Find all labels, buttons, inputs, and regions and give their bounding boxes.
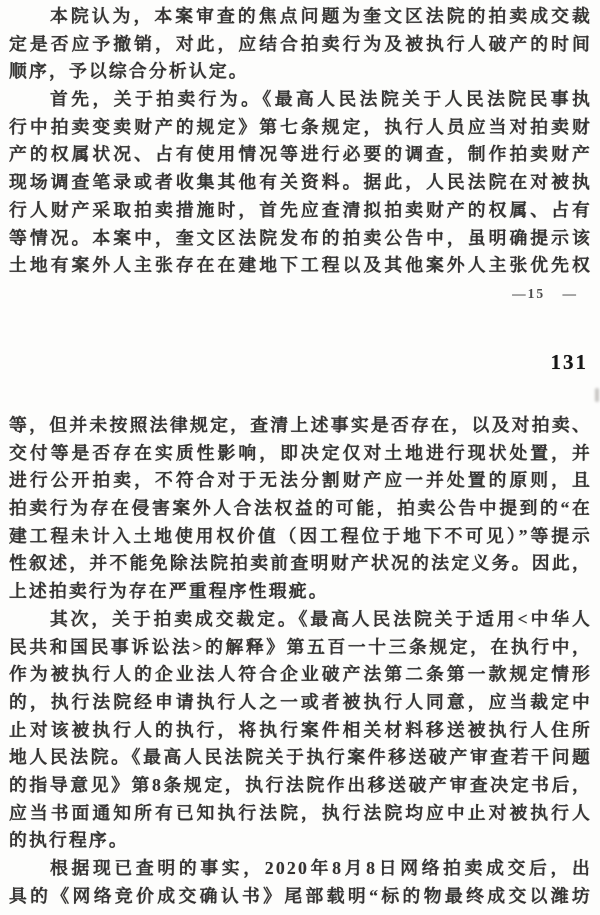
page-number: —15 — (512, 286, 578, 302)
text-line: 根据现已查明的事实，2020年8月8日网络拍卖成交后，出 (9, 855, 592, 883)
text-line: 进行公开拍卖，不符合对于无法分割财产应一并处置的原则，且 (9, 467, 592, 495)
text-line: 土地有案外人主张存在在建地下工程以及其他案外人主张优先权 (9, 252, 592, 280)
text-line: 首先，关于拍卖行为。《最高人民法院关于人民法院民事执 (9, 86, 592, 114)
text-line: 地人民法院。《最高人民法院关于执行案件移送破产审查若干问题 (9, 744, 592, 772)
text-line: 顺序，予以综合分析认定。 (9, 58, 592, 86)
text-line: 行人财产采取拍卖措施时，首先应查清拟拍卖财产的权属、占有 (9, 197, 592, 225)
text-line: 拍卖行为存在侵害案外人合法权益的可能，拍卖公告中提到的“在 (9, 495, 592, 523)
text-line: 等，但并未按照法律规定，查清上述事实是否存在，以及对拍卖、 (9, 412, 592, 440)
text-line: 止对该被执行人的执行，将执行案件相关材料移送被执行人住所 (9, 717, 592, 745)
page-bottom-text-block: 等，但并未按照法律规定，查清上述事实是否存在，以及对拍卖、 交付等是否存在实质性… (9, 412, 592, 910)
book-page-number: 131 (551, 350, 589, 375)
text-line: 产的权属状况、占有使用情况等进行必要的调查，制作拍卖财产 (9, 141, 592, 169)
text-line: 作为被执行人的企业法人符合企业破产法第二条第一款规定情形 (9, 661, 592, 689)
text-line: 现场调查笔录或者收集其他有关资料。据此，人民法院在对被执 (9, 169, 592, 197)
text-line: 上述拍卖行为存在严重程序性瑕疵。 (9, 578, 592, 606)
text-line: 的执行程序。 (9, 827, 592, 855)
text-line: 建工程未计入土地使用权价值（因工程位于地下不可见）”等提示 (9, 523, 592, 551)
text-line: 其次，关于拍卖成交裁定。《最高人民法院关于适用<中华人 (9, 606, 592, 634)
text-line: 行中拍卖变卖财产的规定》第七条规定，执行人员应当对拍卖财 (9, 114, 592, 142)
text-line: 等情况。本案中，奎文区法院发布的拍卖公告中，虽明确提示该 (9, 225, 592, 253)
text-line: 应当书面通知所有已知执行法院，执行法院均应中止对被执行人 (9, 800, 592, 828)
text-line: 定是否应予撤销，对此，应结合拍卖行为及被执行人破产的时间 (9, 31, 592, 59)
scan-edge-smudge (595, 388, 599, 402)
text-line: 本院认为，本案审查的焦点问题为奎文区法院的拍卖成交裁 (9, 3, 592, 31)
text-line: 性叙述，并不能免除法院拍卖前查明财产状况的法定义务。因此， (9, 550, 592, 578)
text-line: 的指导意见》第8条规定，执行法院作出移送破产审查决定书后， (9, 772, 592, 800)
text-line: 民共和国民事诉讼法>的解释》第五百一十三条规定，在执行中， (9, 634, 592, 662)
text-line: 交付等是否存在实质性影响，即决定仅对土地进行现状处置，并 (9, 440, 592, 468)
text-line: 的，执行法院经申请执行人之一或者被执行人同意，应当裁定中 (9, 689, 592, 717)
text-line: 具的《网络竞价成交确认书》尾部载明“标的物最终成交以潍坊 (9, 883, 592, 911)
page-top-text-block: 本院认为，本案审查的焦点问题为奎文区法院的拍卖成交裁 定是否应予撤销，对此，应结… (9, 3, 592, 280)
